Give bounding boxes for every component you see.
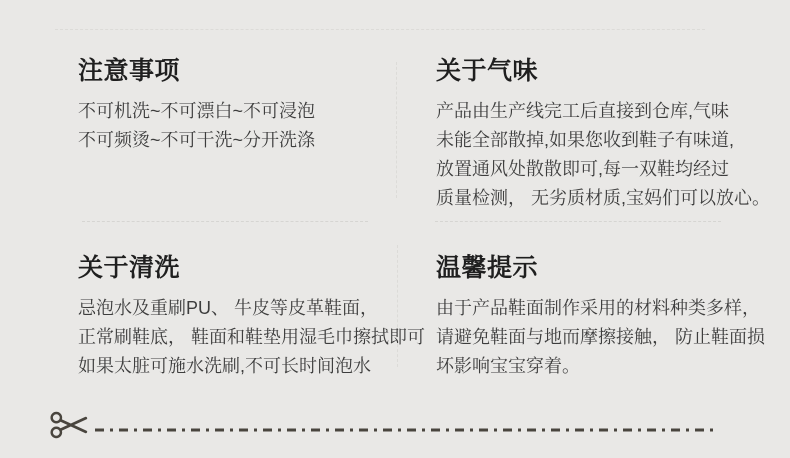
section-odor-line: 产品由生产线完工后直接到仓库,气味 bbox=[436, 97, 751, 126]
section-tips-title: 温馨提示 bbox=[436, 252, 751, 284]
section-tips-line: 请避免鞋面与地而摩擦接触， 防止鞋面损 bbox=[436, 323, 751, 352]
section-cleaning-line: 如果太脏可施水洗刷,不可长时间泡水 bbox=[78, 352, 423, 381]
section-odor-line: 放置通风处散散即可,每一双鞋均经过 bbox=[436, 155, 751, 184]
section-precautions-title: 注意事项 bbox=[78, 55, 413, 87]
section-tips: 温馨提示 由于产品鞋面制作采用的材料种类多样， 请避免鞋面与地而摩擦接触， 防止… bbox=[436, 252, 751, 381]
section-precautions-line: 不可频烫~不可干洗~分开洗涤 bbox=[78, 126, 413, 155]
section-odor-line: 未能全部散掉,如果您收到鞋子有味道, bbox=[436, 126, 751, 155]
section-cleaning-title: 关于清洗 bbox=[78, 252, 423, 284]
dash-dot-cut-line bbox=[95, 421, 713, 439]
section-cleaning: 关于清洗 忌泡水及重刷PU、 牛皮等皮革鞋面， 正常刷鞋底， 鞋面和鞋垫用湿毛巾… bbox=[78, 252, 423, 381]
section-odor-title: 关于气味 bbox=[436, 55, 751, 87]
scissors-icon bbox=[50, 410, 90, 445]
middle-right-dashed-divider bbox=[435, 221, 721, 222]
section-tips-line: 由于产品鞋面制作采用的材料种类多样， bbox=[436, 294, 751, 323]
section-odor: 关于气味 产品由生产线完工后直接到仓库,气味 未能全部散掉,如果您收到鞋子有味道… bbox=[436, 55, 751, 213]
section-cleaning-line: 正常刷鞋底， 鞋面和鞋垫用湿毛巾擦拭即可 bbox=[78, 323, 423, 352]
section-precautions: 注意事项 不可机洗~不可漂白~不可浸泡 不可频烫~不可干洗~分开洗涤 bbox=[78, 55, 413, 155]
middle-left-dashed-divider bbox=[82, 221, 368, 222]
care-instructions-card: 注意事项 不可机洗~不可漂白~不可浸泡 不可频烫~不可干洗~分开洗涤 关于气味 … bbox=[0, 0, 790, 458]
vertical-dashed-divider-top bbox=[396, 62, 397, 198]
section-precautions-line: 不可机洗~不可漂白~不可浸泡 bbox=[78, 97, 413, 126]
section-odor-line: 质量检测， 无劣质材质,宝妈们可以放心。 bbox=[436, 184, 751, 213]
section-cleaning-line: 忌泡水及重刷PU、 牛皮等皮革鞋面， bbox=[78, 294, 423, 323]
section-tips-line: 坏影响宝宝穿着。 bbox=[436, 352, 751, 381]
top-dashed-divider bbox=[55, 29, 705, 30]
cut-here-line bbox=[0, 405, 790, 445]
